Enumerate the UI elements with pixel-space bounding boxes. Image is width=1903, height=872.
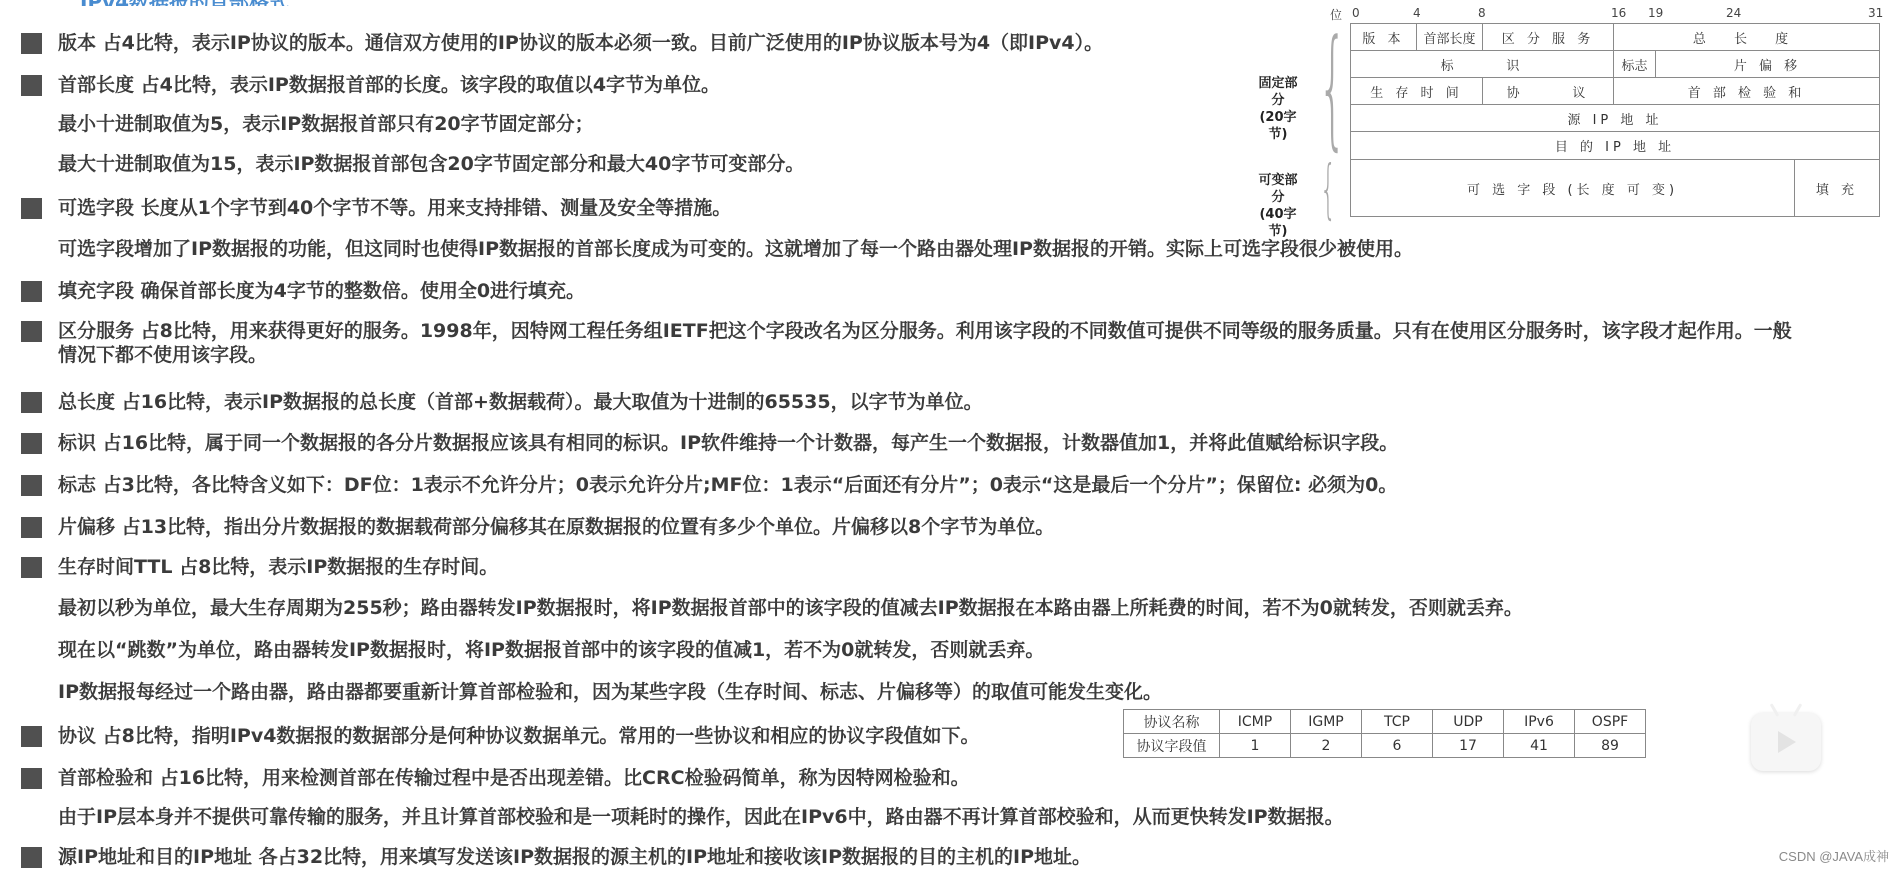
line-diff-services: 区分服务 占8比特，用来获得更好的服务。1998年，因特网工程任务组IETF把这… <box>58 319 1798 367</box>
protocol-value-cell: 6 <box>1362 734 1433 758</box>
line-version: 版本 占4比特，表示IP协议的版本。通信双方使用的IP协议的版本必须一致。目前广… <box>58 31 1103 55</box>
table-header-cell: 协议字段值 <box>1124 734 1220 758</box>
table-row: 协议名称 ICMP IGMP TCP UDP IPv6 OSPF <box>1124 710 1646 734</box>
field-options: 可 选 字 段 (长 度 可 变) <box>1350 159 1795 217</box>
bullet-marker <box>21 726 42 747</box>
field-version: 版 本 <box>1350 23 1417 51</box>
table-row: 协议字段值 1 2 6 17 41 89 <box>1124 734 1646 758</box>
protocol-name-cell: UDP <box>1433 710 1504 734</box>
field-ttl: 生 存 时 间 <box>1350 77 1483 105</box>
field-dest-ip: 目 的 IP 地 址 <box>1350 131 1880 160</box>
ipv4-header-diagram: 位 0 4 8 16 19 24 31 固定部分 (20字节) 可变部分 (40… <box>1250 0 1903 230</box>
variable-brace-icon: { <box>1320 158 1336 222</box>
bullet-marker <box>21 33 42 54</box>
table-header-cell: 协议名称 <box>1124 710 1220 734</box>
protocol-value-cell: 1 <box>1220 734 1291 758</box>
field-header-checksum: 首 部 检 验 和 <box>1613 77 1880 105</box>
protocol-name-cell: IPv6 <box>1504 710 1575 734</box>
line-ttl-checksum: IP数据报每经过一个路由器，路由器都要重新计算首部检验和，因为某些字段（生存时间… <box>58 680 1162 704</box>
bullet-marker <box>21 557 42 578</box>
bit-label: 24 <box>1726 6 1741 20</box>
bullet-marker <box>21 392 42 413</box>
bullet-marker <box>21 281 42 302</box>
bullet-marker <box>21 847 42 868</box>
line-ttl-seconds: 最初以秒为单位，最大生存周期为255秒；路由器转发IP数据报时，将IP数据报首部… <box>58 596 1523 620</box>
line-header-checksum: 首部检验和 占16比特，用来检测首部在传输过程中是否出现差错。比CRC检验码简单… <box>58 766 970 790</box>
line-protocol: 协议 占8比特，指明IPv4数据报的数据部分是何种协议数据单元。常用的一些协议和… <box>58 724 979 748</box>
line-identification: 标识 占16比特，属于同一个数据报的各分片数据报应该具有相同的标识。IP软件维持… <box>58 431 1398 455</box>
line-options: 可选字段 长度从1个字节到40个字节不等。用来支持排错、测量及安全等措施。 <box>58 196 731 220</box>
protocol-name-cell: ICMP <box>1220 710 1291 734</box>
field-padding: 填 充 <box>1794 159 1880 217</box>
play-icon <box>1778 731 1796 753</box>
fixed-brace-icon: { <box>1318 22 1347 152</box>
line-fragment-offset: 片偏移 占13比特，指出分片数据报的数据载荷部分偏移其在原数据报的位置有多少个单… <box>58 515 1054 539</box>
watermark: CSDN @JAVA成神 <box>1779 846 1889 865</box>
variable-part-label: 可变部分 (40字节) <box>1253 172 1303 240</box>
fixed-part-label: 固定部分 (20字节) <box>1253 75 1303 143</box>
bullet-marker <box>21 198 42 219</box>
bit-label: 4 <box>1413 6 1421 20</box>
line-padding: 填充字段 确保首部长度为4字节的整数倍。使用全0进行填充。 <box>58 279 585 303</box>
protocol-value-cell: 41 <box>1504 734 1575 758</box>
field-diff-services: 区 分 服 务 <box>1482 23 1614 51</box>
line-ttl-hops: 现在以“跳数”为单位，路由器转发IP数据报时，将IP数据报首部中的该字段的值减1… <box>58 638 1044 662</box>
line-ttl: 生存时间TTL 占8比特，表示IP数据报的生存时间。 <box>58 555 498 579</box>
bit-label: 8 <box>1478 6 1486 20</box>
bullet-marker <box>21 75 42 96</box>
line-total-length: 总长度 占16比特，表示IP数据报的总长度（首部+数据载荷）。最大取值为十进制的… <box>58 390 983 414</box>
protocol-table: 协议名称 ICMP IGMP TCP UDP IPv6 OSPF 协议字段值 1… <box>1123 709 1646 758</box>
bit-label: 31 <box>1868 6 1883 20</box>
bullet-marker <box>21 433 42 454</box>
field-source-ip: 源 IP 地 址 <box>1350 104 1880 132</box>
bullet-marker <box>21 768 42 789</box>
protocol-name-cell: IGMP <box>1291 710 1362 734</box>
bit-label: 19 <box>1648 6 1663 20</box>
line-ip-addresses: 源IP地址和目的IP地址 各占32比特，用来填写发送该IP数据报的源主机的IP地… <box>58 845 1091 869</box>
field-identification: 标 识 <box>1350 50 1614 78</box>
protocol-name-cell: TCP <box>1362 710 1433 734</box>
bullet-marker <box>21 321 42 342</box>
bit-label: 0 <box>1352 6 1360 20</box>
protocol-value-cell: 89 <box>1575 734 1646 758</box>
line-flags: 标志 占3比特，各比特含义如下：DF位：1表示不允许分片；0表示允许分片;MF位… <box>58 473 1397 497</box>
line-header-length-min: 最小十进制取值为5，表示IP数据报首部只有20字节固定部分； <box>58 112 594 136</box>
line-header-length: 首部长度 占4比特，表示IP数据报首部的长度。该字段的取值以4字节为单位。 <box>58 73 720 97</box>
field-header-length: 首部长度 <box>1416 23 1483 51</box>
bit-label: 16 <box>1611 6 1626 20</box>
protocol-name-cell: OSPF <box>1575 710 1646 734</box>
line-header-checksum-ipv6: 由于IP层本身并不提供可靠传输的服务，并且计算首部校验和是一项耗时的操作，因此在… <box>58 805 1344 829</box>
field-total-length: 总 长 度 <box>1613 23 1880 51</box>
field-fragment-offset: 片 偏 移 <box>1655 50 1880 78</box>
field-flags: 标志 <box>1613 50 1656 78</box>
protocol-value-cell: 2 <box>1291 734 1362 758</box>
line-options-detail: 可选字段增加了IP数据报的功能，但这同时也使得IP数据报的首部长度成为可变的。这… <box>58 237 1413 261</box>
line-header-length-max: 最大十进制取值为15，表示IP数据报首部包含20字节固定部分和最大40字节可变部… <box>58 152 804 176</box>
field-protocol: 协 议 <box>1482 77 1614 105</box>
page-title: IPv4数据报的首部格式 <box>80 0 289 6</box>
bullet-marker <box>21 475 42 496</box>
bullet-marker <box>21 517 42 538</box>
protocol-value-cell: 17 <box>1433 734 1504 758</box>
video-play-button[interactable] <box>1751 713 1821 771</box>
